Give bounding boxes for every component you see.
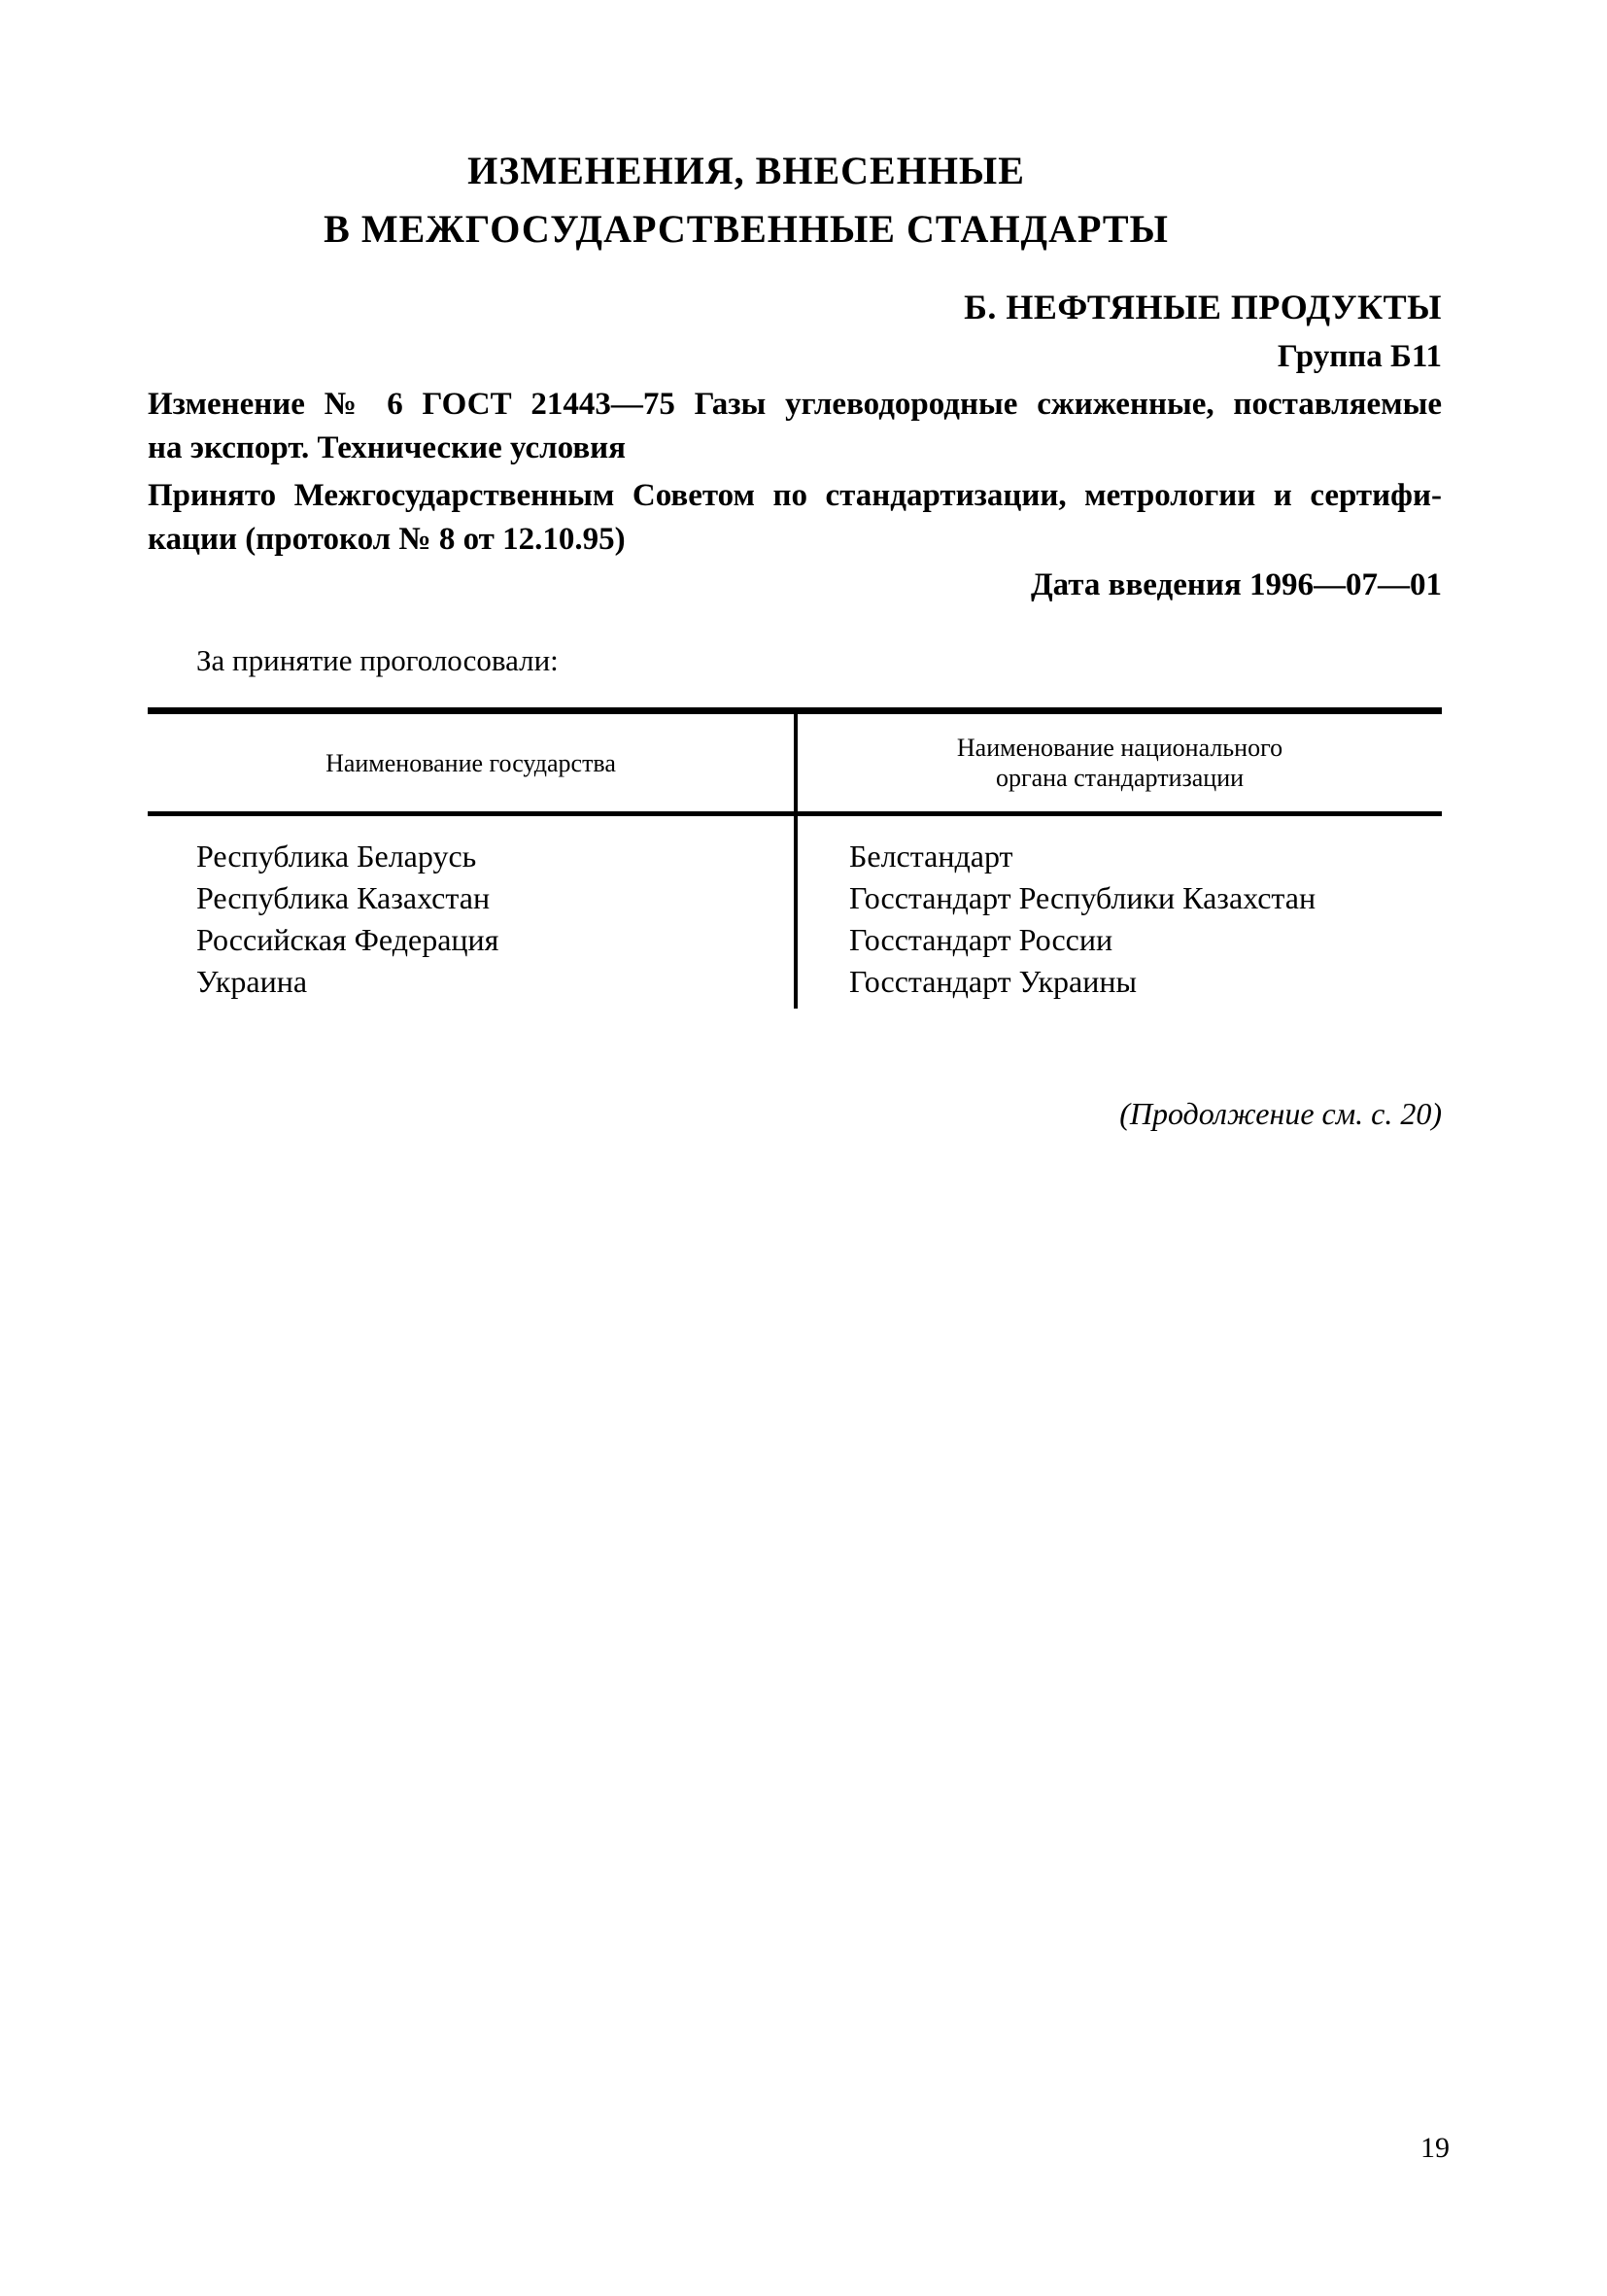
amendment-paragraph: Изменение № 6 ГОСТ 21443—75 Газы углевод…	[148, 383, 1442, 470]
section-heading: Б. НЕФТЯНЫЕ ПРОДУКТЫ	[148, 288, 1442, 326]
amendment-line-2: на экспорт. Технические условия	[148, 427, 1442, 470]
states-table: Наименование государства Наименование на…	[148, 707, 1442, 1009]
page-title: ИЗМЕНЕНИЯ, ВНЕСЕННЫЕ В МЕЖГОСУДАРСТВЕННЫ…	[148, 142, 1345, 258]
org-cell: Белстандарт	[798, 816, 1442, 877]
table-header-state: Наименование государства	[148, 714, 798, 811]
org-cell: Госстандарт Республики Казахстан	[798, 877, 1442, 919]
table-header-state-label: Наименование государства	[325, 748, 616, 778]
adoption-paragraph: Принято Межгосударственным Советом по ст…	[148, 474, 1442, 562]
effective-date: Дата введения 1996—07—01	[148, 564, 1442, 606]
table-row: Российская Федерация Госстандарт России	[148, 919, 1442, 961]
page-content: ИЗМЕНЕНИЯ, ВНЕСЕННЫЕ В МЕЖГОСУДАРСТВЕННЫ…	[148, 142, 1442, 1133]
table-row: Украина Госстандарт Украины	[148, 961, 1442, 1009]
table-row: Республика Казахстан Госстандарт Республ…	[148, 877, 1442, 919]
table-header-org: Наименование национального органа станда…	[798, 714, 1442, 811]
continuation-note: (Продолжение см. с. 20)	[148, 1094, 1442, 1133]
table-header-org-line-2: органа стандартизации	[996, 763, 1244, 793]
table-header-row: Наименование государства Наименование на…	[148, 714, 1442, 816]
page-title-line-2: В МЕЖГОСУДАРСТВЕННЫЕ СТАНДАРТЫ	[148, 200, 1345, 258]
vote-intro: За принятие проголосовали:	[148, 641, 1442, 680]
group-label: Группа Б11	[148, 338, 1442, 375]
state-cell: Республика Беларусь	[148, 816, 798, 877]
table-row: Республика Беларусь Белстандарт	[148, 816, 1442, 877]
adoption-line-2: кации (протокол № 8 от 12.10.95)	[148, 518, 1442, 562]
document-page: ИЗМЕНЕНИЯ, ВНЕСЕННЫЕ В МЕЖГОСУДАРСТВЕННЫ…	[0, 0, 1607, 2296]
amendment-line-1: Изменение № 6 ГОСТ 21443—75 Газы углевод…	[148, 383, 1442, 427]
state-cell: Республика Казахстан	[148, 877, 798, 919]
table-body: Республика Беларусь Белстандарт Республи…	[148, 816, 1442, 1009]
table-header-org-line-1: Наименование национального	[957, 733, 1282, 763]
state-cell: Украина	[148, 961, 798, 1009]
org-cell: Госстандарт Украины	[798, 961, 1442, 1009]
page-title-line-1: ИЗМЕНЕНИЯ, ВНЕСЕННЫЕ	[148, 142, 1345, 200]
state-cell: Российская Федерация	[148, 919, 798, 961]
adoption-line-1: Принято Межгосударственным Советом по ст…	[148, 474, 1442, 518]
page-number: 19	[1420, 2132, 1450, 2165]
org-cell: Госстандарт России	[798, 919, 1442, 961]
